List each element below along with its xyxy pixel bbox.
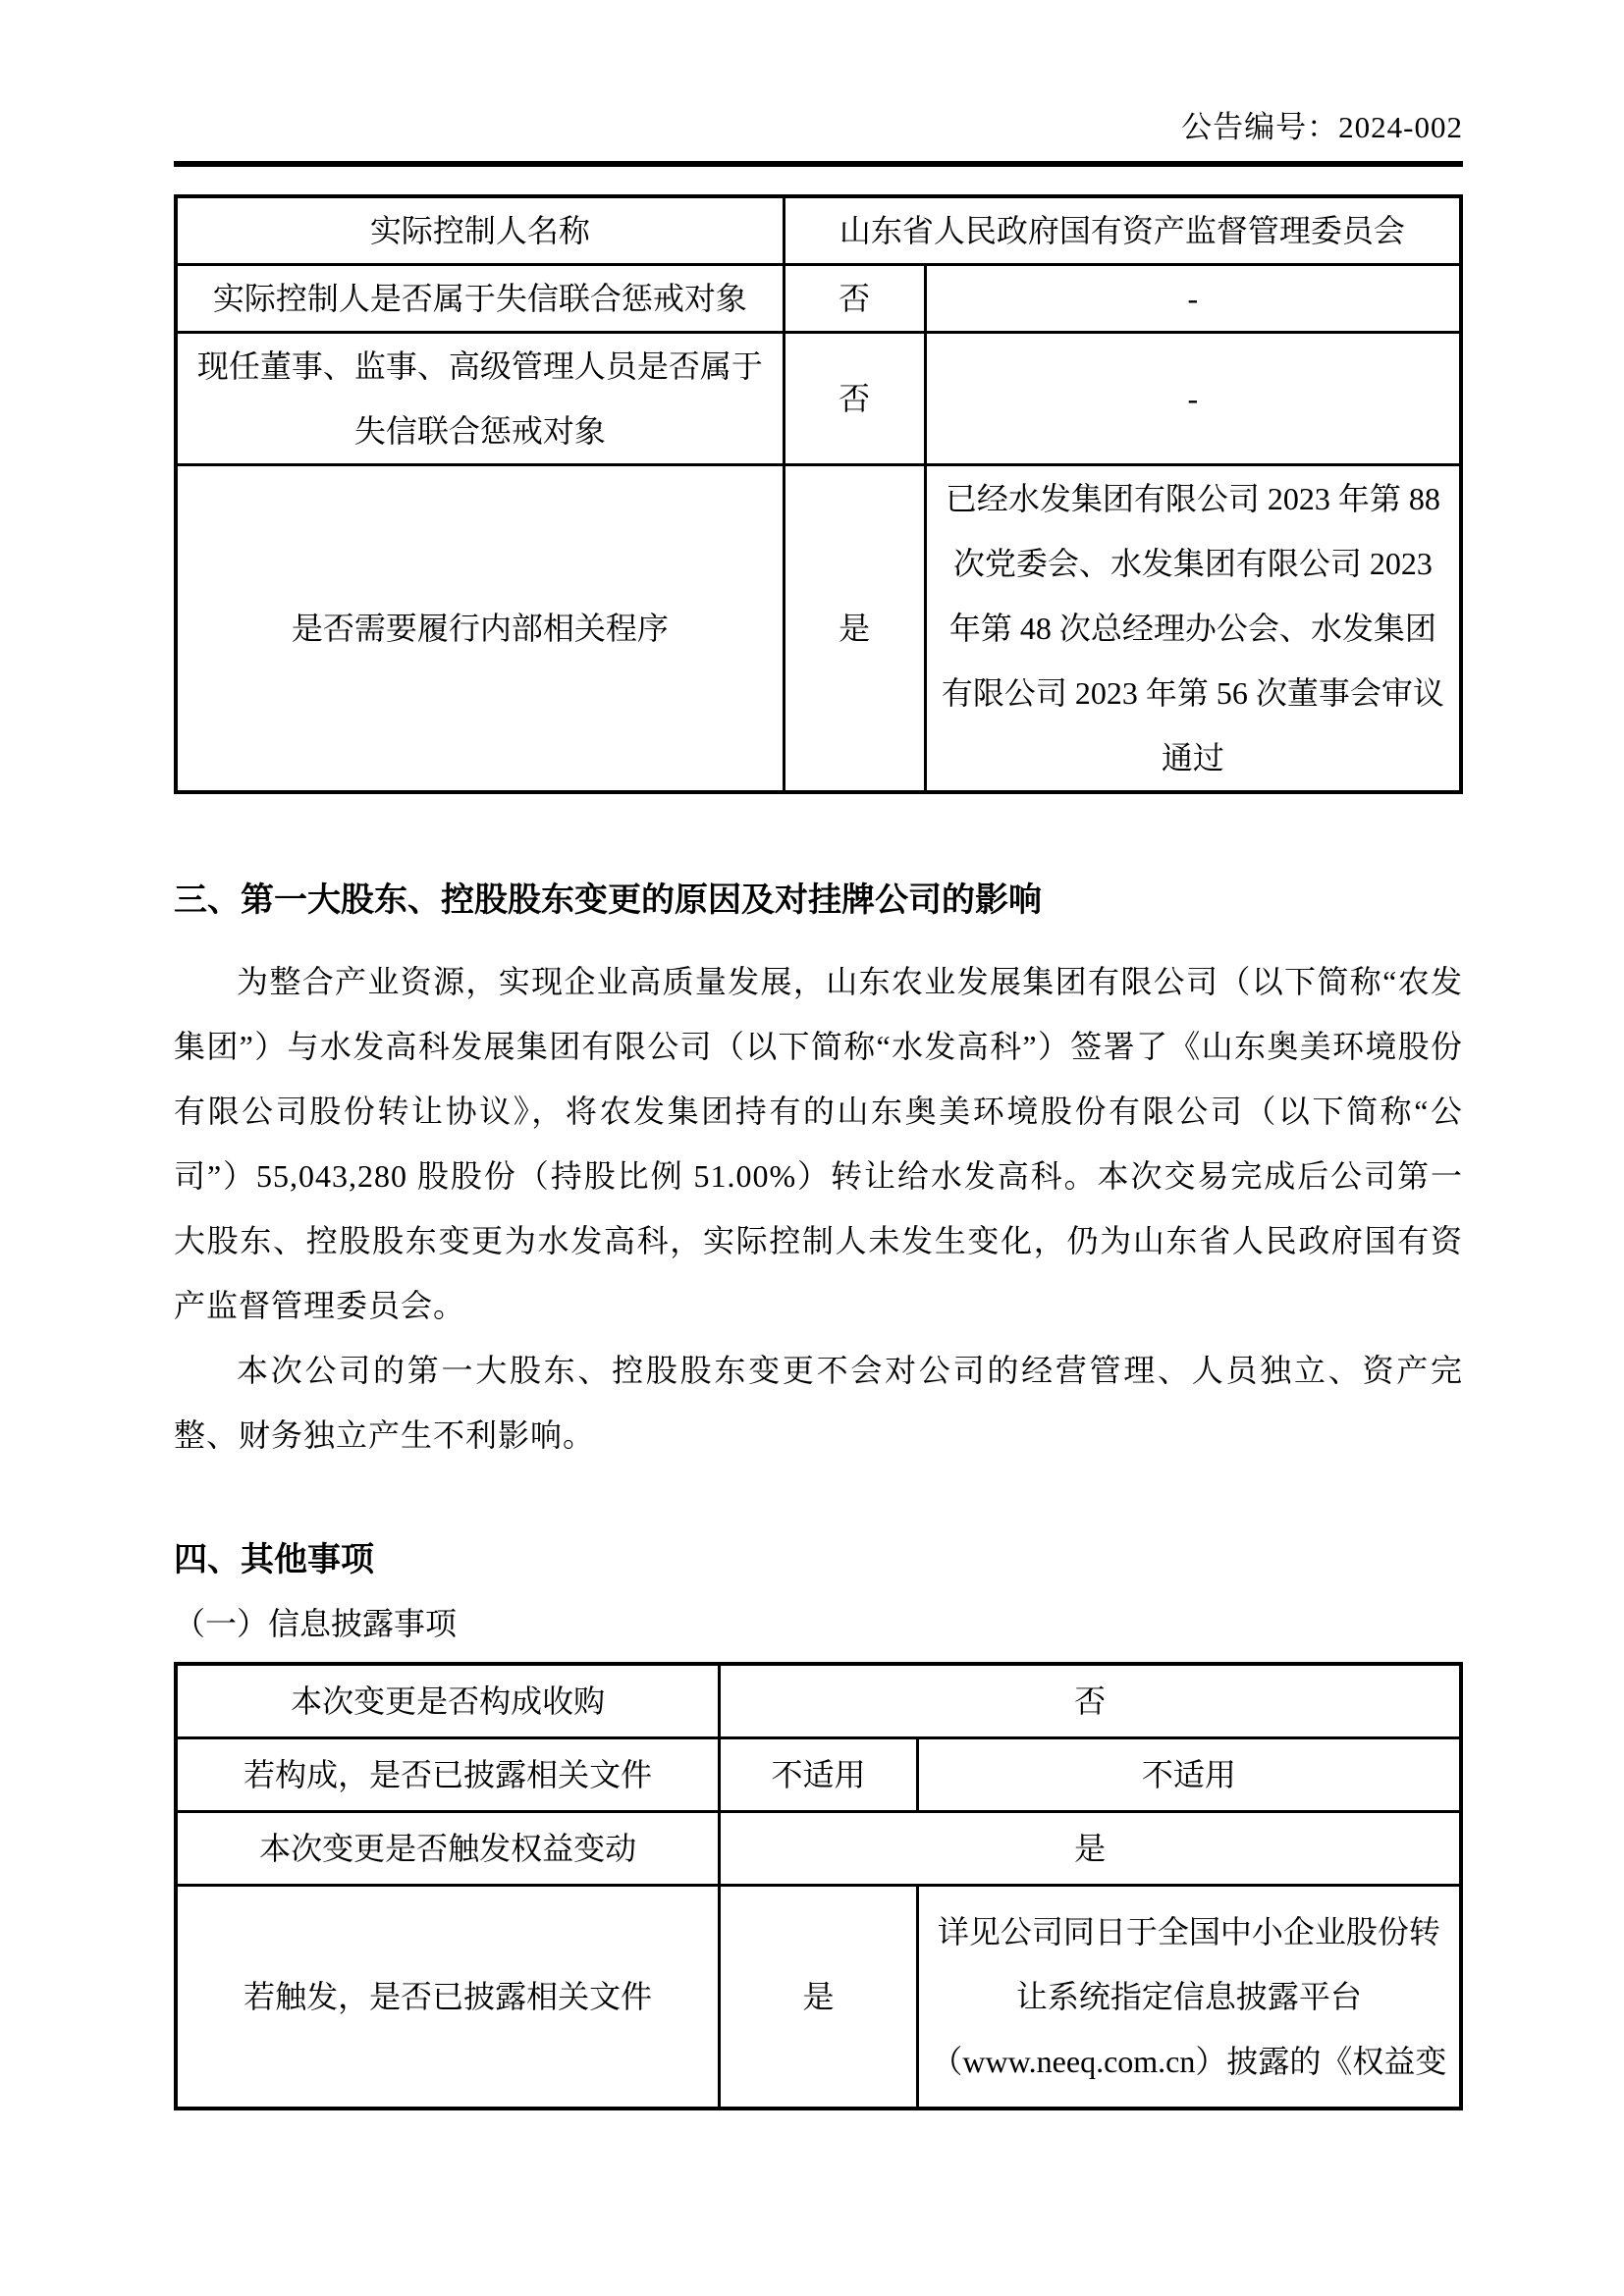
row-answer: 否 xyxy=(784,265,925,333)
row-value: 山东省人民政府国有资产监督管理委员会 xyxy=(784,196,1461,265)
section-three-heading: 三、第一大股东、控股股东变更的原因及对挂牌公司的影响 xyxy=(174,877,1463,924)
row-value: 否 xyxy=(720,1664,1461,1738)
controller-info-table: 实际控制人名称 山东省人民政府国有资产监督管理委员会 实际控制人是否属于失信联合… xyxy=(174,194,1463,794)
header-divider xyxy=(174,161,1463,167)
table-row: 是否需要履行内部相关程序 是 已经水发集团有限公司 2023 年第 88 次党委… xyxy=(176,465,1461,793)
section-four-heading: 四、其他事项 xyxy=(174,1536,1463,1583)
row-label: 本次变更是否触发权益变动 xyxy=(176,1812,720,1886)
row-detail: - xyxy=(925,333,1461,465)
row-label: 实际控制人是否属于失信联合惩戒对象 xyxy=(176,265,784,333)
row-answer: 是 xyxy=(784,465,925,793)
row-label: 若触发，是否已披露相关文件 xyxy=(176,1886,720,2109)
row-detail: 已经水发集团有限公司 2023 年第 88 次党委会、水发集团有限公司 2023… xyxy=(925,465,1461,793)
table-row: 实际控制人名称 山东省人民政府国有资产监督管理委员会 xyxy=(176,196,1461,265)
announcement-number: 公告编号：2024-002 xyxy=(174,0,1463,147)
row-label: 本次变更是否构成收购 xyxy=(176,1664,720,1738)
row-detail: - xyxy=(925,265,1461,333)
row-value: 是 xyxy=(720,1812,1461,1886)
table-row: 实际控制人是否属于失信联合惩戒对象 否 - xyxy=(176,265,1461,333)
table-row: 本次变更是否触发权益变动 是 xyxy=(176,1812,1461,1886)
row-label: 是否需要履行内部相关程序 xyxy=(176,465,784,793)
row-label: 实际控制人名称 xyxy=(176,196,784,265)
row-detail: 不适用 xyxy=(917,1738,1461,1812)
document-page: 公告编号：2024-002 实际控制人名称 山东省人民政府国有资产监督管理委员会… xyxy=(0,0,1624,2296)
section-three-paragraph-1: 为整合产业资源，实现企业高质量发展，山东农业发展集团有限公司（以下简称“农发集团… xyxy=(174,949,1463,1338)
row-answer: 否 xyxy=(784,333,925,465)
row-label: 现任董事、监事、高级管理人员是否属于失信联合惩戒对象 xyxy=(176,333,784,465)
disclosure-table: 本次变更是否构成收购 否 若构成，是否已披露相关文件 不适用 不适用 本次变更是… xyxy=(174,1662,1463,2110)
section-three-paragraph-2: 本次公司的第一大股东、控股股东变更不会对公司的经营管理、人员独立、资产完整、财务… xyxy=(174,1338,1463,1468)
row-answer: 不适用 xyxy=(720,1738,918,1812)
row-detail: 详见公司同日于全国中小企业股份转让系统指定信息披露平台（www.neeq.com… xyxy=(917,1886,1461,2109)
table-row: 若触发，是否已披露相关文件 是 详见公司同日于全国中小企业股份转让系统指定信息披… xyxy=(176,1886,1461,2109)
row-label: 若构成，是否已披露相关文件 xyxy=(176,1738,720,1812)
table-row: 若构成，是否已披露相关文件 不适用 不适用 xyxy=(176,1738,1461,1812)
table-row: 现任董事、监事、高级管理人员是否属于失信联合惩戒对象 否 - xyxy=(176,333,1461,465)
row-answer: 是 xyxy=(720,1886,918,2109)
table-row: 本次变更是否构成收购 否 xyxy=(176,1664,1461,1738)
subsection-heading: （一）信息披露事项 xyxy=(174,1599,1463,1648)
